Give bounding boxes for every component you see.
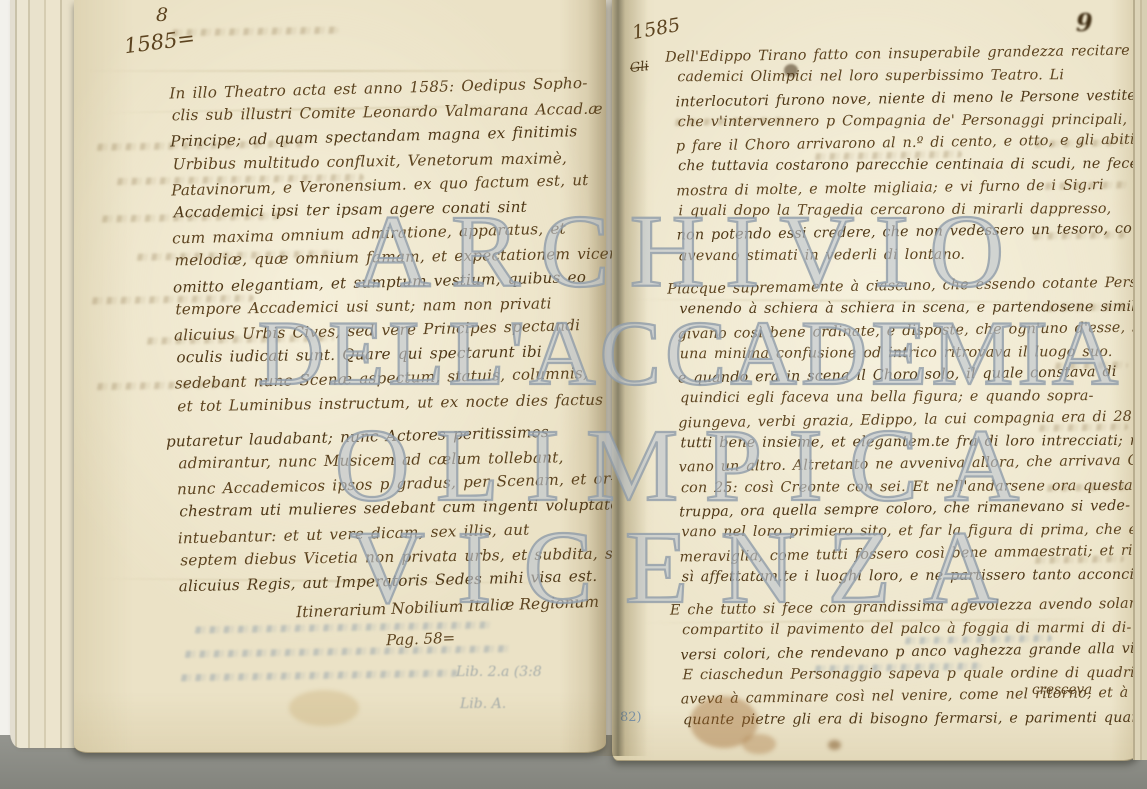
archive-number: 82) [620, 710, 642, 725]
italian-text-block: Dell'Edippo Tirano fatto con insuperabil… [675, 32, 1147, 732]
right-page: 1585 9 Gli Dell'Edippo Tirano fatto con … [612, 0, 1140, 761]
left-page: 8 1585= In illo Theatro acta est anno 15… [74, 0, 606, 753]
pencil-scribble [178, 670, 458, 682]
manuscript-scan: 8 1585= In illo Theatro acta est anno 15… [0, 0, 1147, 789]
pencil-scribble [182, 645, 512, 658]
ink-blot [784, 64, 798, 77]
latin-text-block: In illo Theatro acta est anno 1585: Oedi… [169, 72, 611, 597]
book-page-edges-right [1133, 0, 1147, 760]
manuscript-line: avevano stimati in vederli di lontano. [679, 242, 1145, 267]
page-number: 8 [156, 4, 168, 26]
struck-word: Gli [629, 59, 649, 76]
ink-stain [742, 734, 776, 754]
ink-stain [828, 740, 841, 750]
paper-stain [289, 690, 359, 726]
faint-note: Lib. 2.a (3:8 [456, 664, 542, 680]
manuscript-line: sì affettatam.te i luoghi loro, e ne par… [682, 564, 1147, 589]
attribution-line: Itinerarium Nobilium Italiæ Regionum [296, 593, 600, 622]
faint-note: Lib. A. [460, 696, 506, 712]
bleedthrough-line [169, 27, 339, 37]
book-page-edges-left [10, 0, 78, 748]
catchword: cresceva [1032, 682, 1092, 698]
